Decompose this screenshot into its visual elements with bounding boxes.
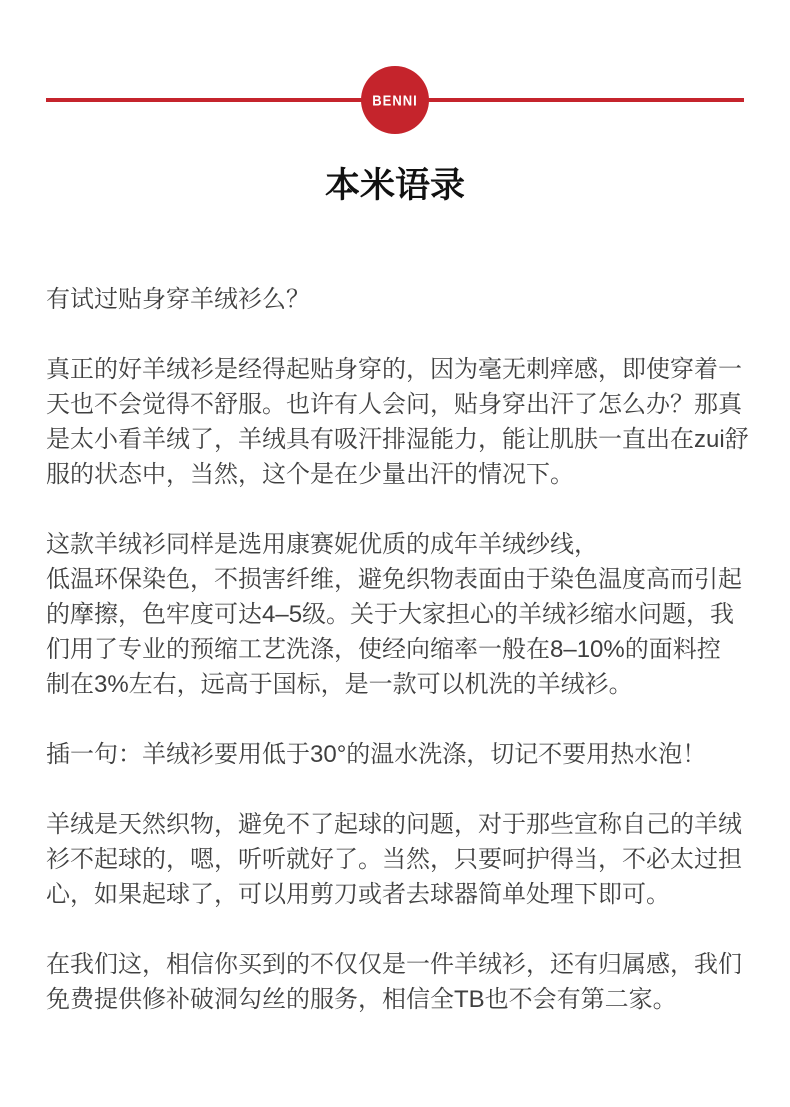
paragraph-wear-comfort: 真正的好羊绒衫是经得起贴身穿的，因为毫无刺痒感，即使穿着一 天也不会觉得不舒服。…	[46, 352, 744, 492]
paragraph-pilling: 羊绒是天然织物，避免不了起球的问题，对于那些宣称自己的羊绒 衫不起球的，嗯，听听…	[46, 807, 744, 912]
brand-logo: BENNI	[361, 66, 429, 134]
page-title: 本米语录	[0, 165, 790, 207]
paragraph-washing-tip: 插一句：羊绒衫要用低于30°的温水洗涤，切记不要用热水泡！	[46, 737, 744, 772]
description-body: 有试过贴身穿羊绒衫么？ 真正的好羊绒衫是经得起贴身穿的，因为毫无刺痒感，即使穿着…	[0, 282, 790, 1017]
brand-divider: BENNI	[46, 66, 744, 134]
paragraph-intro-question: 有试过贴身穿羊绒衫么？	[46, 282, 744, 317]
brand-logo-text: BENNI	[372, 91, 417, 108]
paragraph-repair-service: 在我们这，相信你买到的不仅仅是一件羊绒衫，还有归属感，我们 免费提供修补破洞勾丝…	[46, 947, 744, 1017]
paragraph-yarn-and-washing: 这款羊绒衫同样是选用康赛妮优质的成年羊绒纱线， 低温环保染色，不损害纤维，避免织…	[46, 527, 744, 702]
